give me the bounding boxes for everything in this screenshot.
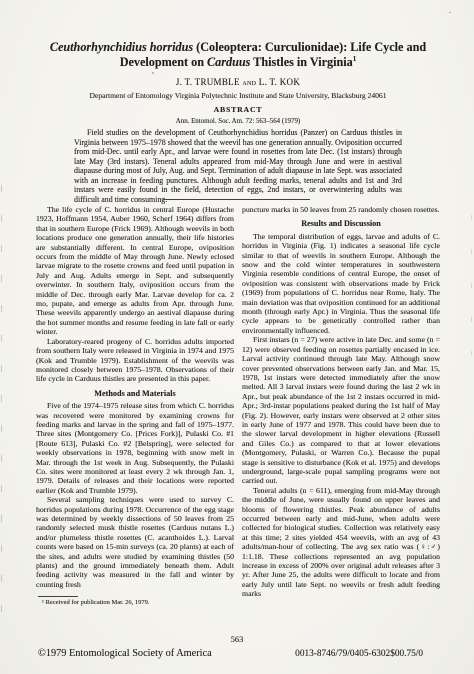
left-column: The life cycle of C. horridus in central… (36, 205, 234, 607)
affiliation-line: Department of Entomology Virginia Polyte… (36, 91, 440, 100)
copyright-notice: ©1979 Entomological Society of America (38, 648, 212, 659)
journal-page-scan: Ceuthorhynchidius horridus (Coleoptera: … (0, 0, 474, 674)
abstract-heading: ABSTRACT (36, 105, 440, 114)
footnote-text: ¹ Received for publication Mar. 26, 1979… (36, 599, 234, 607)
scan-edge-artifact-left (1, 185, 2, 615)
footnote-block: ¹ Received for publication Mar. 26, 1979… (36, 596, 234, 607)
page-number: 563 (0, 635, 474, 644)
footnote-rule (38, 596, 78, 597)
body-paragraph: Teneral adults (n = 611), emerging from … (242, 486, 440, 599)
body-paragraph: The temporal distribution of eggs, larva… (242, 232, 440, 335)
scan-edge-artifact-right (471, 215, 472, 355)
body-paragraph: Several sampling techniques were used to… (36, 495, 234, 589)
body-paragraph: First instars (n = 27) were active in la… (242, 335, 440, 486)
issn-fee-code: 0013-8746/79/0405-6302$00.75/0 (295, 649, 423, 659)
article-title: Ceuthorhynchidius horridus (Coleoptera: … (40, 40, 436, 70)
scan-speck (449, 12, 451, 13)
article-header: Ceuthorhynchidius horridus (Coleoptera: … (36, 40, 440, 204)
two-column-body: The life cycle of C. horridus in central… (36, 205, 440, 607)
section-heading-methods: Methods and Materials (36, 389, 234, 398)
abstract-paragraph: Field studies on the development of Ceut… (74, 128, 402, 204)
body-paragraph-continuation: puncture marks in 50 leaves from 25 rand… (242, 205, 440, 214)
body-paragraph: Five of the 1974–1975 release sites from… (36, 401, 234, 495)
author-line: J. T. TRUMBLE and L. T. KOK (36, 77, 440, 87)
body-paragraph: Laboratory-reared progeny of C. horridus… (36, 337, 234, 384)
journal-citation: Ann. Entomol. Soc. Am. 72: 563–564 (1979… (36, 118, 440, 125)
right-column: puncture marks in 50 leaves from 25 rand… (242, 205, 440, 607)
body-paragraph: The life cycle of C. horridus in central… (36, 205, 234, 337)
section-divider-rule (163, 199, 310, 200)
section-heading-results: Results and Discussion (242, 219, 440, 228)
